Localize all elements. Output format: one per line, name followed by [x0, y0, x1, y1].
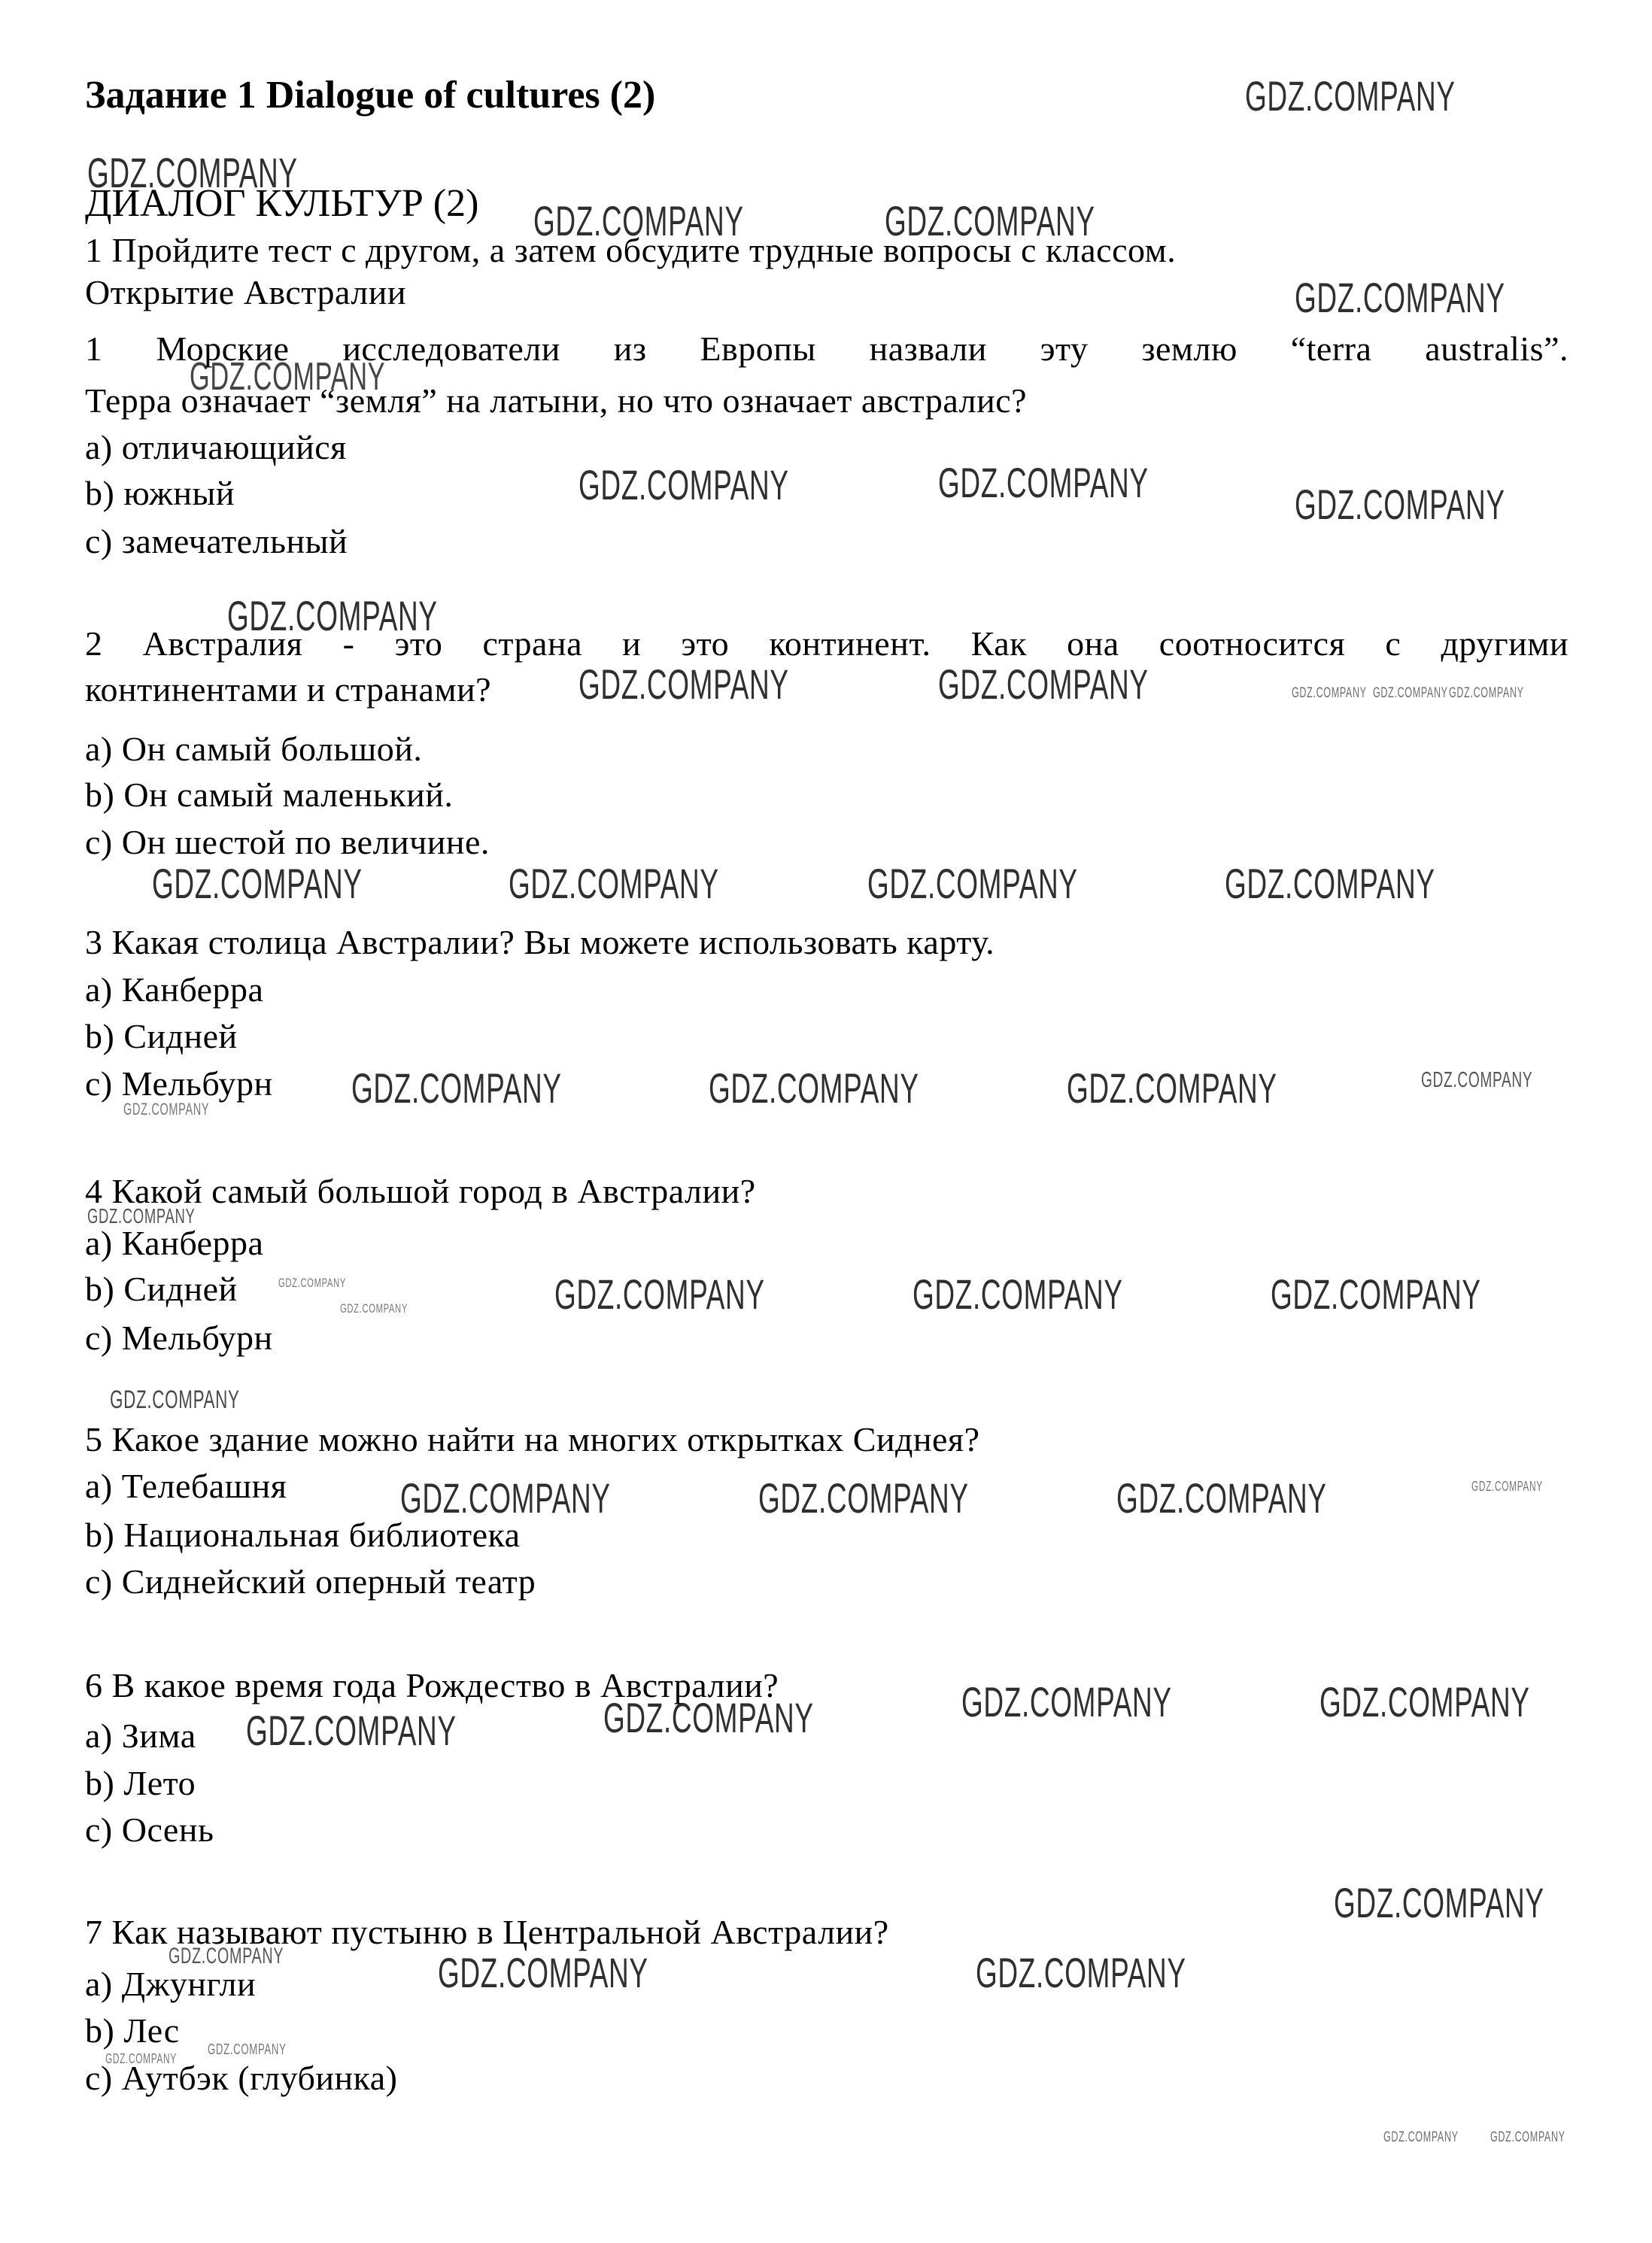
question-7-option-c: c) Аутбэк (глубинка)	[85, 2059, 398, 2097]
gdz-watermark: GDZ.COMPANY	[152, 863, 363, 905]
question-7-option-b: b) Лес	[85, 2012, 180, 2050]
question-7-line-1: 7 Как называют пустыню в Центральной Авс…	[85, 1914, 889, 1951]
gdz-watermark: GDZ.COMPANY	[1292, 686, 1367, 700]
gdz-watermark: GDZ.COMPANY	[758, 1477, 969, 1519]
section-heading: Открытие Австралии	[85, 274, 406, 311]
question-2-option-c: c) Он шестой по величине.	[85, 824, 490, 861]
question-1-line-1: 1 Морские исследователи из Европы назвал…	[85, 330, 1568, 368]
subtitle: ДИАЛОГ КУЛЬТУР (2)	[85, 182, 478, 225]
gdz-watermark: GDZ.COMPANY	[913, 1273, 1123, 1316]
question-5-option-a: a) Телебашня	[85, 1468, 287, 1505]
question-3-option-b: b) Сидней	[85, 1018, 238, 1055]
gdz-watermark: GDZ.COMPANY	[1490, 2130, 1565, 2144]
gdz-watermark: GDZ.COMPANY	[1295, 484, 1505, 526]
gdz-watermark: GDZ.COMPANY	[1116, 1477, 1327, 1519]
gdz-watermark: GDZ.COMPANY	[1319, 1681, 1530, 1723]
gdz-watermark: GDZ.COMPANY	[1271, 1273, 1481, 1316]
question-1-option-a: a) отличающийся	[85, 429, 347, 466]
gdz-watermark: GDZ.COMPANY	[509, 863, 719, 905]
question-2-line-1: 2 Австралия - это страна и это континент…	[85, 625, 1568, 663]
gdz-watermark: GDZ.COMPANY	[1225, 863, 1435, 905]
question-4-option-b: b) Сидней	[85, 1270, 238, 1308]
question-4-line-1: 4 Какой самый большой город в Австралии?	[85, 1173, 756, 1210]
question-4-option-a: a) Канберра	[85, 1225, 263, 1262]
gdz-watermark: GDZ.COMPANY	[1383, 2130, 1459, 2144]
gdz-watermark: GDZ.COMPANY	[340, 1302, 408, 1315]
gdz-watermark: GDZ.COMPANY	[246, 1710, 457, 1752]
gdz-watermark: GDZ.COMPANY	[938, 462, 1149, 504]
gdz-watermark: GDZ.COMPANY	[938, 663, 1149, 706]
gdz-watermark: GDZ.COMPANY	[1245, 75, 1456, 117]
gdz-watermark: GDZ.COMPANY	[123, 1101, 209, 1118]
question-3-option-c: c) Мельбурн	[85, 1065, 273, 1103]
gdz-watermark: GDZ.COMPANY	[1067, 1067, 1277, 1109]
question-3-option-a: a) Канберра	[85, 971, 263, 1009]
gdz-watermark: GDZ.COMPANY	[1295, 277, 1505, 319]
gdz-watermark: GDZ.COMPANY	[438, 1952, 648, 1994]
question-5-line-1: 5 Какое здание можно найти на многих отк…	[85, 1421, 980, 1458]
question-6-option-a: a) Зима	[85, 1717, 196, 1755]
question-7-option-a: a) Джунгли	[85, 1965, 256, 2003]
gdz-watermark: GDZ.COMPANY	[278, 1276, 346, 1289]
document-page: GDZ.COMPANYGDZ.COMPANYGDZ.COMPANYGDZ.COM…	[0, 0, 1652, 2243]
gdz-watermark: GDZ.COMPANY	[1373, 686, 1448, 700]
question-2-line-2: континентами и странами?	[85, 671, 491, 709]
question-6-line-1: 6 В какое время года Рождество в Австрал…	[85, 1667, 779, 1704]
gdz-watermark: GDZ.COMPANY	[351, 1067, 562, 1109]
question-6-option-c: c) Осень	[85, 1811, 214, 1849]
question-1-option-b: b) южный	[85, 475, 235, 512]
gdz-watermark: GDZ.COMPANY	[579, 464, 789, 506]
gdz-watermark: GDZ.COMPANY	[1421, 1070, 1532, 1091]
question-2-option-b: b) Он самый маленький.	[85, 776, 453, 814]
question-4-option-c: c) Мельбурн	[85, 1319, 273, 1357]
gdz-watermark: GDZ.COMPANY	[1334, 1882, 1544, 1924]
gdz-watermark: GDZ.COMPANY	[579, 663, 789, 706]
gdz-watermark: GDZ.COMPANY	[208, 2042, 287, 2057]
gdz-watermark: GDZ.COMPANY	[1471, 1480, 1543, 1493]
intro-line: 1 Пройдите тест с другом, а затем обсуди…	[85, 232, 1176, 269]
page-title: Задание 1 Dialogue of cultures (2)	[85, 74, 655, 117]
gdz-watermark: GDZ.COMPANY	[110, 1387, 240, 1413]
gdz-watermark: GDZ.COMPANY	[400, 1477, 611, 1519]
question-5-option-b: b) Национальная библиотека	[85, 1516, 521, 1554]
gdz-watermark: GDZ.COMPANY	[554, 1273, 765, 1316]
question-1-option-c: c) замечательный	[85, 523, 348, 560]
question-2-option-a: a) Он самый большой.	[85, 730, 422, 768]
question-6-option-b: b) Лето	[85, 1765, 196, 1802]
gdz-watermark: GDZ.COMPANY	[976, 1952, 1186, 1994]
question-5-option-c: c) Сиднейский оперный театр	[85, 1563, 536, 1601]
gdz-watermark: GDZ.COMPANY	[867, 863, 1078, 905]
question-3-line-1: 3 Какая столица Австралии? Вы можете исп…	[85, 924, 995, 961]
gdz-watermark: GDZ.COMPANY	[1449, 686, 1524, 700]
question-1-line-2: Терра означает “земля” на латыни, но что…	[85, 382, 1027, 420]
gdz-watermark: GDZ.COMPANY	[709, 1067, 919, 1109]
gdz-watermark: GDZ.COMPANY	[961, 1681, 1172, 1723]
